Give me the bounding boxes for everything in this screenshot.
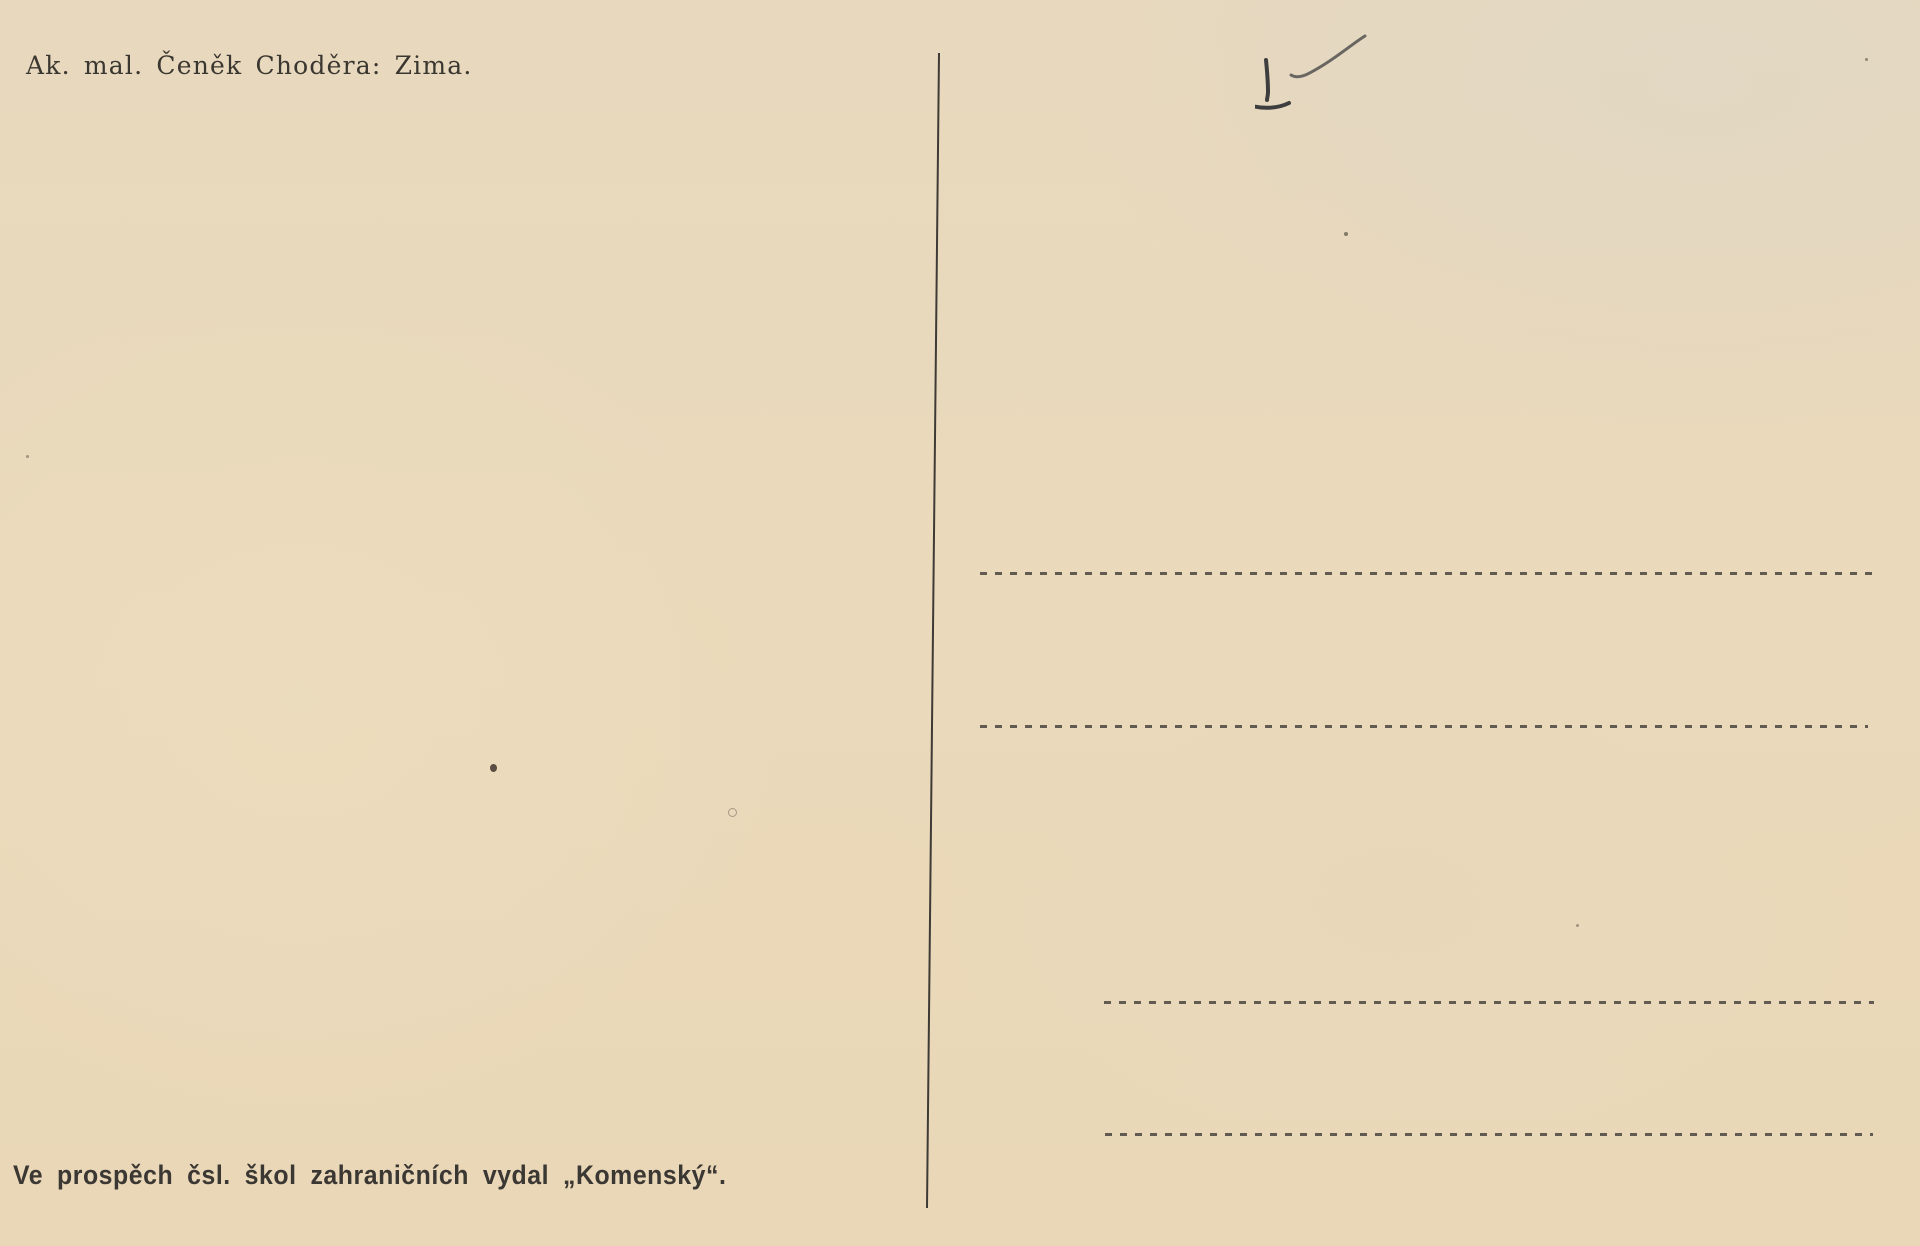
paper-speck — [1865, 58, 1868, 61]
center-divider-line — [0, 0, 1920, 1246]
paper-speck — [26, 455, 29, 458]
handwritten-number-mark — [1255, 30, 1425, 120]
artwork-caption: Ak. mal. Čeněk Choděra: Zima. — [26, 51, 473, 80]
address-line-3 — [1104, 1001, 1874, 1004]
address-line-1 — [980, 572, 1880, 575]
paper-speck — [728, 808, 737, 817]
address-line-4 — [1105, 1133, 1873, 1136]
address-line-2 — [980, 725, 1868, 728]
publisher-caption: Ve prospěch čsl. škol zahraničních vydal… — [13, 1160, 726, 1191]
paper-speck — [490, 764, 497, 772]
paper-speck — [1344, 232, 1348, 236]
paper-speck — [1576, 924, 1579, 927]
postcard: Ak. mal. Čeněk Choděra: Zima. Ve prospěc… — [0, 0, 1920, 1246]
